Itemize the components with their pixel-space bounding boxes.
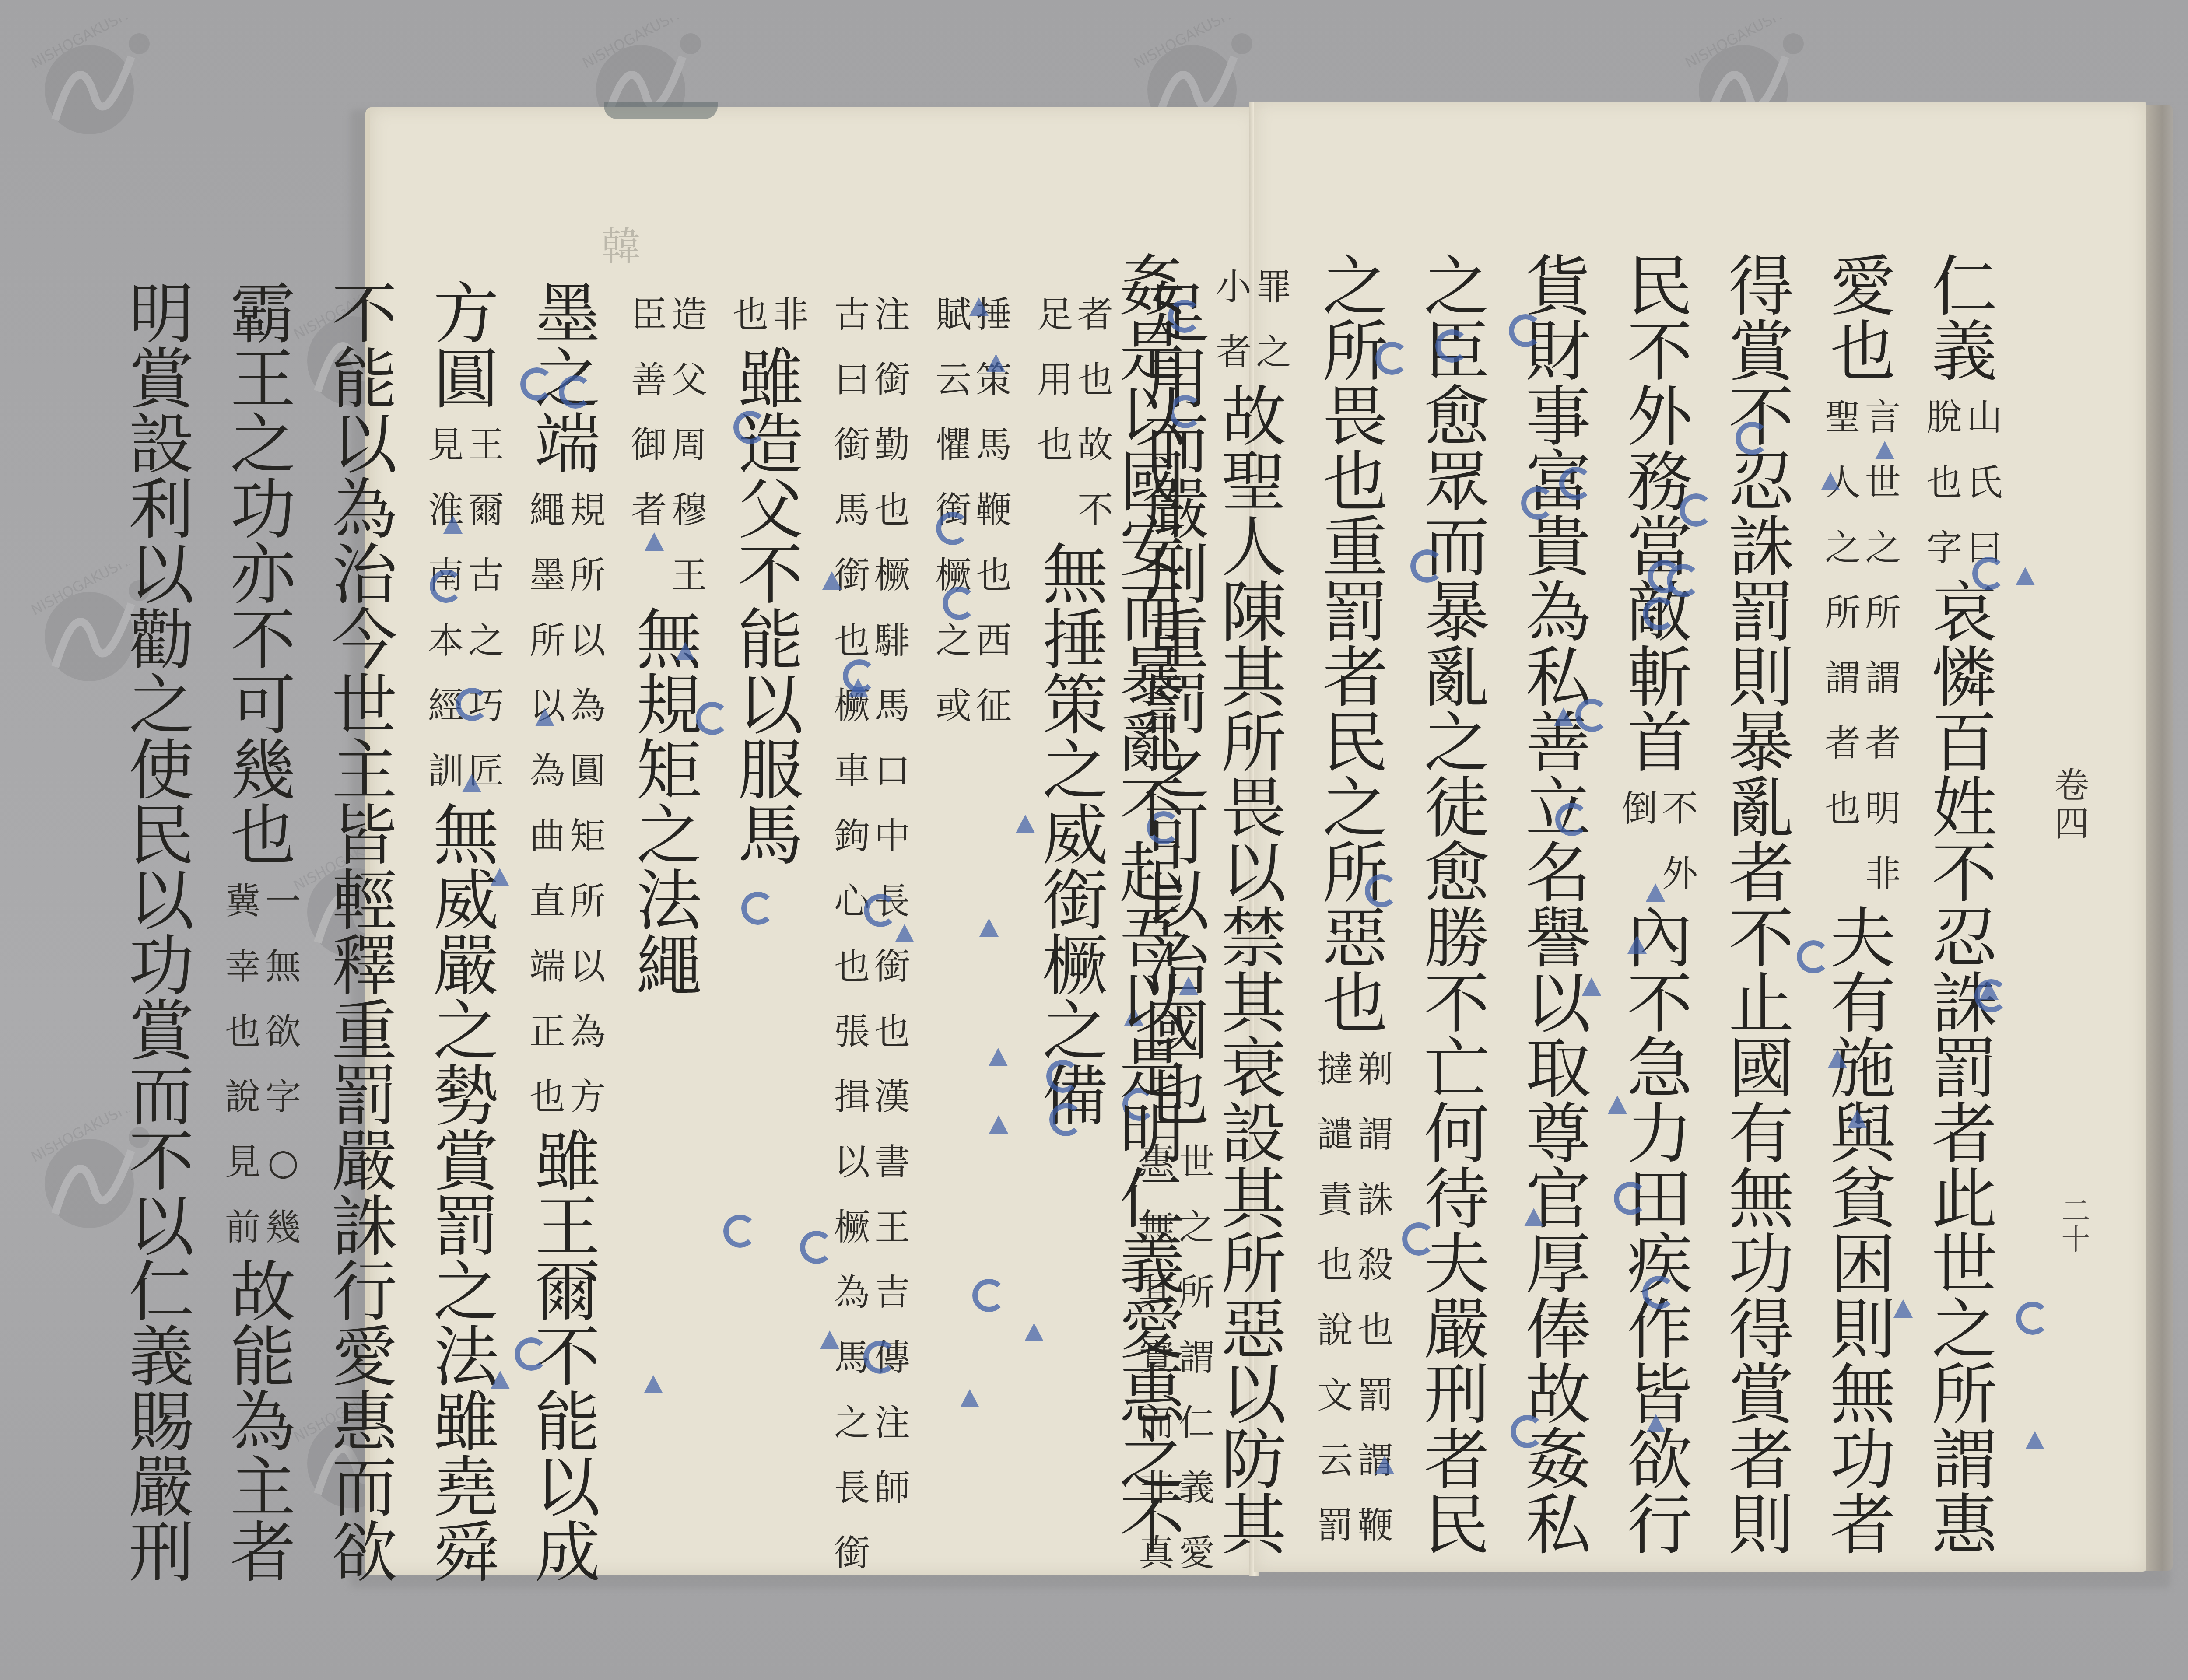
main-character: 其 xyxy=(1221,646,1287,711)
punctuation-tick-icon xyxy=(535,708,554,726)
main-character: 捶 xyxy=(1042,608,1108,673)
note-character: 也 xyxy=(529,1064,565,1130)
main-character: 也 xyxy=(1322,972,1388,1037)
main-character: 明 xyxy=(1119,1102,1185,1167)
note-character: 見 xyxy=(428,413,464,478)
commentary-line: 言世之所謂者明非 xyxy=(1865,385,1901,906)
main-character: 治 xyxy=(332,543,397,608)
main-character: 愈 xyxy=(1424,385,1490,450)
note-character: 剃 xyxy=(1357,1037,1393,1102)
main-character: 之 xyxy=(1042,738,1108,804)
main-character: 堯 xyxy=(433,1456,499,1521)
main-character: 力 xyxy=(1627,1102,1693,1167)
punctuation-tick-icon xyxy=(644,1375,663,1393)
note-character: 騑 xyxy=(874,608,910,673)
main-character: 國 xyxy=(1729,1037,1794,1102)
note-character: 明 xyxy=(1865,776,1901,841)
main-character: 惡 xyxy=(1221,1298,1287,1363)
right-text-column: 罪之小者故聖人陳其所畏以禁其衰設其所惡以防其 xyxy=(1203,255,1304,1558)
punctuation-circle-icon xyxy=(515,1337,548,1371)
note-character: 注 xyxy=(874,282,910,347)
note-character: 之 xyxy=(468,608,504,673)
main-character: 貨 xyxy=(1525,255,1591,320)
note-character: 所 xyxy=(1865,581,1901,646)
main-character: 設 xyxy=(1221,1102,1287,1167)
main-character: 法 xyxy=(636,869,702,934)
note-character: 言 xyxy=(1865,385,1901,450)
main-character: 何 xyxy=(1424,1102,1490,1167)
main-character: 策 xyxy=(1042,673,1108,738)
punctuation-circle-icon xyxy=(741,892,775,925)
main-character: 民 xyxy=(129,804,194,869)
main-character: 罰 xyxy=(1322,581,1388,646)
commentary-line: 王爾古之巧匠 xyxy=(468,413,504,804)
commentary-note: 山氏曰脫也字 xyxy=(1926,385,2002,581)
main-character: 圓 xyxy=(433,347,499,413)
punctuation-circle-icon xyxy=(559,375,592,409)
main-character: 使 xyxy=(129,738,194,804)
page-number: 二十 xyxy=(2052,1195,2094,1253)
note-character: 一 xyxy=(265,869,301,934)
note-character: 用 xyxy=(1037,347,1073,413)
commentary-line: 不外 xyxy=(1662,776,1698,906)
note-character: 本 xyxy=(428,608,464,673)
commentary-line: 足用也 xyxy=(1037,282,1073,543)
punctuation-tick-icon xyxy=(1893,1299,1913,1318)
main-character: 衰 xyxy=(1221,1037,1287,1102)
main-character: 釋 xyxy=(332,934,397,999)
main-character: 主 xyxy=(332,738,397,804)
note-character: 為 xyxy=(834,1260,870,1325)
main-character: 服 xyxy=(738,738,803,804)
note-character: 西 xyxy=(976,608,1012,673)
main-character: 威 xyxy=(433,869,499,934)
note-character: 橛 xyxy=(874,543,910,608)
main-character: 急 xyxy=(1627,1037,1693,1102)
main-character: 畏 xyxy=(1221,776,1287,841)
right-text-column: 民不外務當敵斬首不外倒內不急力田疾作皆欲行 xyxy=(1609,255,1711,1558)
main-character: 所 xyxy=(1221,1232,1287,1298)
main-character: 無 xyxy=(1042,543,1108,608)
commentary-line: 見淮南本經訓 xyxy=(428,413,464,804)
punctuation-circle-icon xyxy=(1049,1103,1083,1136)
commentary-line: 小者 xyxy=(1216,255,1252,385)
punctuation-circle-icon xyxy=(1972,557,2006,590)
main-character: 暴 xyxy=(1119,646,1185,711)
right-page: 卷四 二十 仁義山氏曰脫也字哀憐百姓不忍誅罰者此世之所謂惠愛也言世之所謂者明非聖… xyxy=(1254,101,2146,1571)
main-character: 以 xyxy=(1119,385,1185,450)
punctuation-circle-icon xyxy=(1797,940,1830,973)
main-character: 夫 xyxy=(1830,906,1896,972)
punctuation-circle-icon xyxy=(1435,329,1469,363)
note-character: 文 xyxy=(1317,1363,1353,1428)
note-character: 爾 xyxy=(468,478,504,543)
main-character: 成 xyxy=(535,1521,600,1586)
main-character: 忍 xyxy=(1729,450,1794,515)
main-character: 世 xyxy=(332,673,397,738)
main-character: 其 xyxy=(1221,1167,1287,1232)
note-character: 字 xyxy=(1926,515,1962,581)
main-character: 嚴 xyxy=(129,1456,194,1521)
commentary-line: 非 xyxy=(773,282,809,347)
punctuation-circle-icon xyxy=(1559,467,1592,500)
main-character: 也 xyxy=(230,804,296,869)
main-character: 者 xyxy=(1729,841,1794,906)
note-character: 心 xyxy=(834,869,870,934)
punctuation-tick-icon xyxy=(1646,1414,1666,1432)
main-character: 以 xyxy=(129,543,194,608)
main-character: 行 xyxy=(1627,1493,1693,1558)
commentary-line: 脫也字 xyxy=(1926,385,1962,581)
note-character: 墨 xyxy=(529,543,565,608)
main-character: 所 xyxy=(1221,711,1287,776)
main-character: 吾 xyxy=(1119,906,1185,972)
note-character: 口 xyxy=(874,738,910,804)
main-character: 輕 xyxy=(332,869,397,934)
punctuation-tick-icon xyxy=(895,924,914,942)
main-character: 功 xyxy=(1729,1232,1794,1298)
main-character: 功 xyxy=(129,934,194,999)
note-character: 鞭 xyxy=(976,478,1012,543)
note-character: 鉤 xyxy=(834,804,870,869)
right-text-column: 姦是以國安而暴亂不起吾以是明仁義愛惠之不 xyxy=(1101,255,1203,1558)
main-character: 姓 xyxy=(1932,776,1997,841)
note-character: 或 xyxy=(936,673,971,738)
main-character: 施 xyxy=(1830,1037,1896,1102)
main-character: 國 xyxy=(1119,450,1185,515)
main-character: 重 xyxy=(1322,515,1388,581)
main-character: 設 xyxy=(129,413,194,478)
main-character: 私 xyxy=(1525,1493,1591,1558)
left-text-column: 霸王之功亦不可幾也一無欲字○幾冀幸也說見前故能為主者 xyxy=(212,282,314,1586)
note-character: ○ xyxy=(267,1130,299,1195)
note-character: 聖 xyxy=(1825,385,1861,450)
main-character: 方 xyxy=(433,282,499,347)
main-character: 愛 xyxy=(332,1325,397,1390)
main-character: 是 xyxy=(1119,1037,1185,1102)
main-character: 忍 xyxy=(1932,906,1997,972)
punctuation-tick-icon xyxy=(989,1115,1008,1134)
note-character: 銜 xyxy=(874,347,910,413)
note-character: 之 xyxy=(834,1390,870,1456)
punctuation-circle-icon xyxy=(520,367,554,401)
punctuation-circle-icon xyxy=(1365,874,1398,907)
main-character: 者 xyxy=(1932,1102,1997,1167)
left-text-column: 墨之端規所以為圓矩所以為方繩墨所以為曲直端正也雖王爾不能以成 xyxy=(517,282,618,1586)
main-character: 仁 xyxy=(1119,1167,1185,1232)
main-character: 刑 xyxy=(129,1521,194,1586)
note-character: 曰 xyxy=(834,347,870,413)
commentary-note: 王爾古之巧匠見淮南本經訓 xyxy=(428,413,504,804)
commentary-line: 繩墨所以為曲直端正也 xyxy=(529,478,565,1130)
punctuation-tick-icon xyxy=(989,1048,1008,1066)
note-character: 所 xyxy=(1825,581,1861,646)
note-character: 善 xyxy=(631,347,667,413)
main-character: 雖 xyxy=(738,347,803,413)
punctuation-circle-icon xyxy=(972,1279,1006,1312)
main-character: 賞 xyxy=(129,347,194,413)
note-character: 罪 xyxy=(1256,255,1292,320)
main-character: 得 xyxy=(1729,255,1794,320)
punctuation-circle-icon xyxy=(1402,1222,1435,1256)
main-character: 皆 xyxy=(332,804,397,869)
note-character: 懼 xyxy=(936,413,971,478)
punctuation-circle-icon xyxy=(1509,314,1542,347)
note-character: 也 xyxy=(1037,413,1073,478)
note-character: 世 xyxy=(1865,450,1901,515)
note-character: 也 xyxy=(976,543,1012,608)
note-character: 匠 xyxy=(468,738,504,804)
note-character: 氏 xyxy=(1967,450,2002,515)
punctuation-tick-icon xyxy=(1646,883,1665,902)
main-character: 而 xyxy=(1119,581,1185,646)
note-character: 也 xyxy=(1317,1232,1353,1298)
commentary-note: 罪之小者 xyxy=(1216,255,1292,385)
note-character: 馬 xyxy=(834,478,870,543)
main-character: 哀 xyxy=(1932,581,1997,646)
note-character: 足 xyxy=(1037,282,1073,347)
main-character: 能 xyxy=(738,608,803,673)
note-character: 勤 xyxy=(874,413,910,478)
note-character: 師 xyxy=(874,1456,910,1521)
main-character: 則 xyxy=(1729,646,1794,711)
note-character: 征 xyxy=(976,673,1012,738)
main-character: 不 xyxy=(1119,1493,1185,1558)
note-character: 長 xyxy=(834,1456,870,1521)
main-character: 行 xyxy=(332,1260,397,1325)
main-character: 之 xyxy=(1424,711,1490,776)
main-character: 無 xyxy=(636,608,702,673)
main-character: 惠 xyxy=(1932,1493,1997,1558)
main-character: 譽 xyxy=(1525,906,1591,972)
main-character: 民 xyxy=(1627,255,1693,320)
main-character: 罰 xyxy=(433,1195,499,1260)
main-character: 無 xyxy=(433,804,499,869)
punctuation-tick-icon xyxy=(1524,1208,1543,1226)
main-character: 困 xyxy=(1830,1232,1896,1298)
main-character: 銜 xyxy=(1042,869,1108,934)
note-character: 欲 xyxy=(265,999,301,1064)
main-character: 之 xyxy=(433,999,499,1064)
punctuation-circle-icon xyxy=(723,1214,757,1248)
main-character: 愈 xyxy=(1424,841,1490,906)
commentary-line: 剃謂誅殺也罰謂鞭 xyxy=(1357,1037,1393,1558)
commentary-line: 規所以為圓矩所以為方 xyxy=(570,478,606,1130)
main-character: 義 xyxy=(1119,1232,1185,1298)
note-character: 脫 xyxy=(1926,385,1962,450)
main-character: 欲 xyxy=(1627,1428,1693,1493)
punctuation-circle-icon xyxy=(696,702,729,735)
main-character: 則 xyxy=(1729,1493,1794,1558)
commentary-line: 聖人之所謂者也 xyxy=(1825,385,1861,906)
punctuation-circle-icon xyxy=(1643,597,1676,630)
note-character: 繩 xyxy=(529,478,565,543)
punctuation-circle-icon xyxy=(2016,1302,2049,1335)
note-character: 也 xyxy=(874,478,910,543)
main-character: 之 xyxy=(1042,999,1108,1064)
punctuation-tick-icon xyxy=(1821,472,1840,490)
punctuation-tick-icon xyxy=(2025,1431,2044,1449)
right-text-column: 之臣愈眾而暴亂之徒愈勝不亡何待夫嚴刑者民 xyxy=(1406,255,1508,1558)
punctuation-circle-icon xyxy=(1511,1415,1544,1448)
punctuation-circle-icon xyxy=(943,587,976,620)
right-text-column: 仁義山氏曰脫也字哀憐百姓不忍誅罰者此世之所謂惠 xyxy=(1914,255,2015,1558)
note-character: 前 xyxy=(225,1195,261,1260)
note-character: 圓 xyxy=(570,738,606,804)
punctuation-tick-icon xyxy=(1828,1050,1847,1068)
main-character: 明 xyxy=(129,282,194,347)
main-character: 重 xyxy=(332,999,397,1064)
main-character: 以 xyxy=(1525,972,1591,1037)
main-character: 亂 xyxy=(1119,711,1185,776)
note-character: 臣 xyxy=(631,282,667,347)
note-character: 所 xyxy=(570,543,606,608)
note-character: 古 xyxy=(834,282,870,347)
note-character: 以 xyxy=(570,608,606,673)
punctuation-circle-icon xyxy=(1614,1182,1647,1215)
main-character: 名 xyxy=(1525,841,1591,906)
commentary-note: 非也 xyxy=(733,282,809,347)
main-character: 義 xyxy=(1932,320,1997,385)
main-character: 罰 xyxy=(1932,1037,1997,1102)
punctuation-circle-icon xyxy=(1974,979,2008,1012)
main-character: 之 xyxy=(1119,1428,1185,1493)
right-text-column: 愛也言世之所謂者明非聖人之所謂者也夫有施與貧困則無功者 xyxy=(1812,255,1914,1558)
punctuation-tick-icon xyxy=(2016,567,2035,585)
note-character: 中 xyxy=(874,804,910,869)
main-character: 賜 xyxy=(129,1390,194,1456)
main-character: 不 xyxy=(1424,972,1490,1037)
note-character: 謂 xyxy=(1357,1102,1393,1167)
punctuation-circle-icon xyxy=(864,894,897,927)
main-character: 愛 xyxy=(1119,1298,1185,1363)
commentary-line: 撻譴責也說文云罰 xyxy=(1317,1037,1353,1558)
main-character: 民 xyxy=(1424,1493,1490,1558)
main-character: 以 xyxy=(1221,1363,1287,1428)
main-character: 誅 xyxy=(1729,515,1794,581)
main-character: 之 xyxy=(1322,255,1388,320)
note-character: 責 xyxy=(1317,1167,1353,1232)
main-character: 舜 xyxy=(433,1521,499,1586)
commentary-line: 捶策馬鞭也西征 xyxy=(976,282,1012,738)
main-character: 外 xyxy=(1627,385,1693,450)
main-character: 不 xyxy=(738,543,803,608)
main-character: 止 xyxy=(1729,972,1794,1037)
punctuation-circle-icon xyxy=(456,688,489,721)
left-text-column: 非也雖造父不能以服馬 xyxy=(720,282,821,1586)
note-character: 造 xyxy=(671,282,707,347)
punctuation-tick-icon xyxy=(820,1330,839,1349)
note-character: 冀 xyxy=(225,869,261,934)
main-character: 能 xyxy=(535,1390,600,1456)
main-character: 規 xyxy=(636,673,702,738)
main-character: 法 xyxy=(433,1325,499,1390)
main-character: 者 xyxy=(1830,1493,1896,1558)
note-character: 見 xyxy=(225,1130,261,1195)
punctuation-tick-icon xyxy=(1608,1095,1627,1114)
note-character: 罰 xyxy=(1357,1363,1393,1428)
main-character: 有 xyxy=(1830,972,1896,1037)
main-character: 嚴 xyxy=(433,934,499,999)
main-character: 罰 xyxy=(1729,581,1794,646)
main-character: 不 xyxy=(129,1130,194,1195)
main-character: 姦 xyxy=(1119,255,1185,320)
main-character: 義 xyxy=(129,1325,194,1390)
note-character: 王 xyxy=(874,1195,910,1260)
note-character: 以 xyxy=(529,673,565,738)
note-character: 為 xyxy=(570,999,606,1064)
main-character: 亦 xyxy=(230,543,296,608)
main-character: 聖 xyxy=(1221,450,1287,515)
main-character: 貴 xyxy=(1525,515,1591,581)
note-character: 說 xyxy=(1317,1298,1353,1363)
punctuation-tick-icon xyxy=(676,642,695,660)
commentary-line: 罪之 xyxy=(1256,255,1292,385)
main-character: 故 xyxy=(230,1260,296,1325)
main-character: 不 xyxy=(1729,906,1794,972)
note-character: 倒 xyxy=(1622,776,1658,841)
note-character: 馬 xyxy=(874,673,910,738)
left-text-column: 方圓王爾古之巧匠見淮南本經訓無威嚴之勢賞罰之法雖堯舜 xyxy=(415,282,517,1586)
punctuation-circle-icon xyxy=(1555,803,1588,836)
note-character: 山 xyxy=(1967,385,2002,450)
main-character: 愛 xyxy=(1830,255,1896,320)
note-character: 罰 xyxy=(1317,1493,1353,1558)
main-character: 陳 xyxy=(1221,581,1287,646)
note-character: 謂 xyxy=(1865,646,1901,711)
note-character: 父 xyxy=(671,347,707,413)
punctuation-tick-icon xyxy=(969,297,989,316)
main-character: 仁 xyxy=(129,1260,194,1325)
main-character: 徒 xyxy=(1424,776,1490,841)
main-character: 不 xyxy=(230,608,296,673)
main-character: 不 xyxy=(1627,972,1693,1037)
commentary-line: 山氏曰 xyxy=(1967,385,2002,581)
note-character: 古 xyxy=(468,543,504,608)
main-character: 罰 xyxy=(332,1064,397,1130)
main-character: 是 xyxy=(1119,320,1185,385)
punctuation-tick-icon xyxy=(1024,1323,1044,1341)
main-character: 憐 xyxy=(1932,646,1997,711)
main-character: 貧 xyxy=(1830,1167,1896,1232)
note-character: 所 xyxy=(570,869,606,934)
main-character: 霸 xyxy=(230,282,296,347)
main-character: 橛 xyxy=(1042,934,1108,999)
note-character: 橛 xyxy=(834,1195,870,1260)
main-character: 起 xyxy=(1119,841,1185,906)
note-character: 王 xyxy=(671,543,707,608)
commentary-line: 賦云懼銜橛之或 xyxy=(936,282,971,738)
main-character: 為 xyxy=(1525,581,1591,646)
note-character: 端 xyxy=(529,934,565,999)
commentary-line: 也 xyxy=(733,282,768,347)
main-character: 父 xyxy=(738,478,803,543)
main-character: 王 xyxy=(230,347,296,413)
main-character: 厚 xyxy=(1525,1232,1591,1298)
punctuation-tick-icon xyxy=(1554,707,1573,726)
main-character: 能 xyxy=(230,1325,296,1390)
note-character: 穆 xyxy=(671,478,707,543)
punctuation-circle-icon xyxy=(1736,422,1769,455)
main-character: 勸 xyxy=(129,608,194,673)
note-character: 者 xyxy=(1825,711,1861,776)
punctuation-tick-icon xyxy=(1627,935,1647,954)
main-character: 者 xyxy=(230,1521,296,1586)
main-character: 不 xyxy=(1932,841,1997,906)
punctuation-circle-icon xyxy=(1410,549,1444,583)
note-character: 也 xyxy=(874,999,910,1064)
main-character: 雖 xyxy=(433,1390,499,1456)
